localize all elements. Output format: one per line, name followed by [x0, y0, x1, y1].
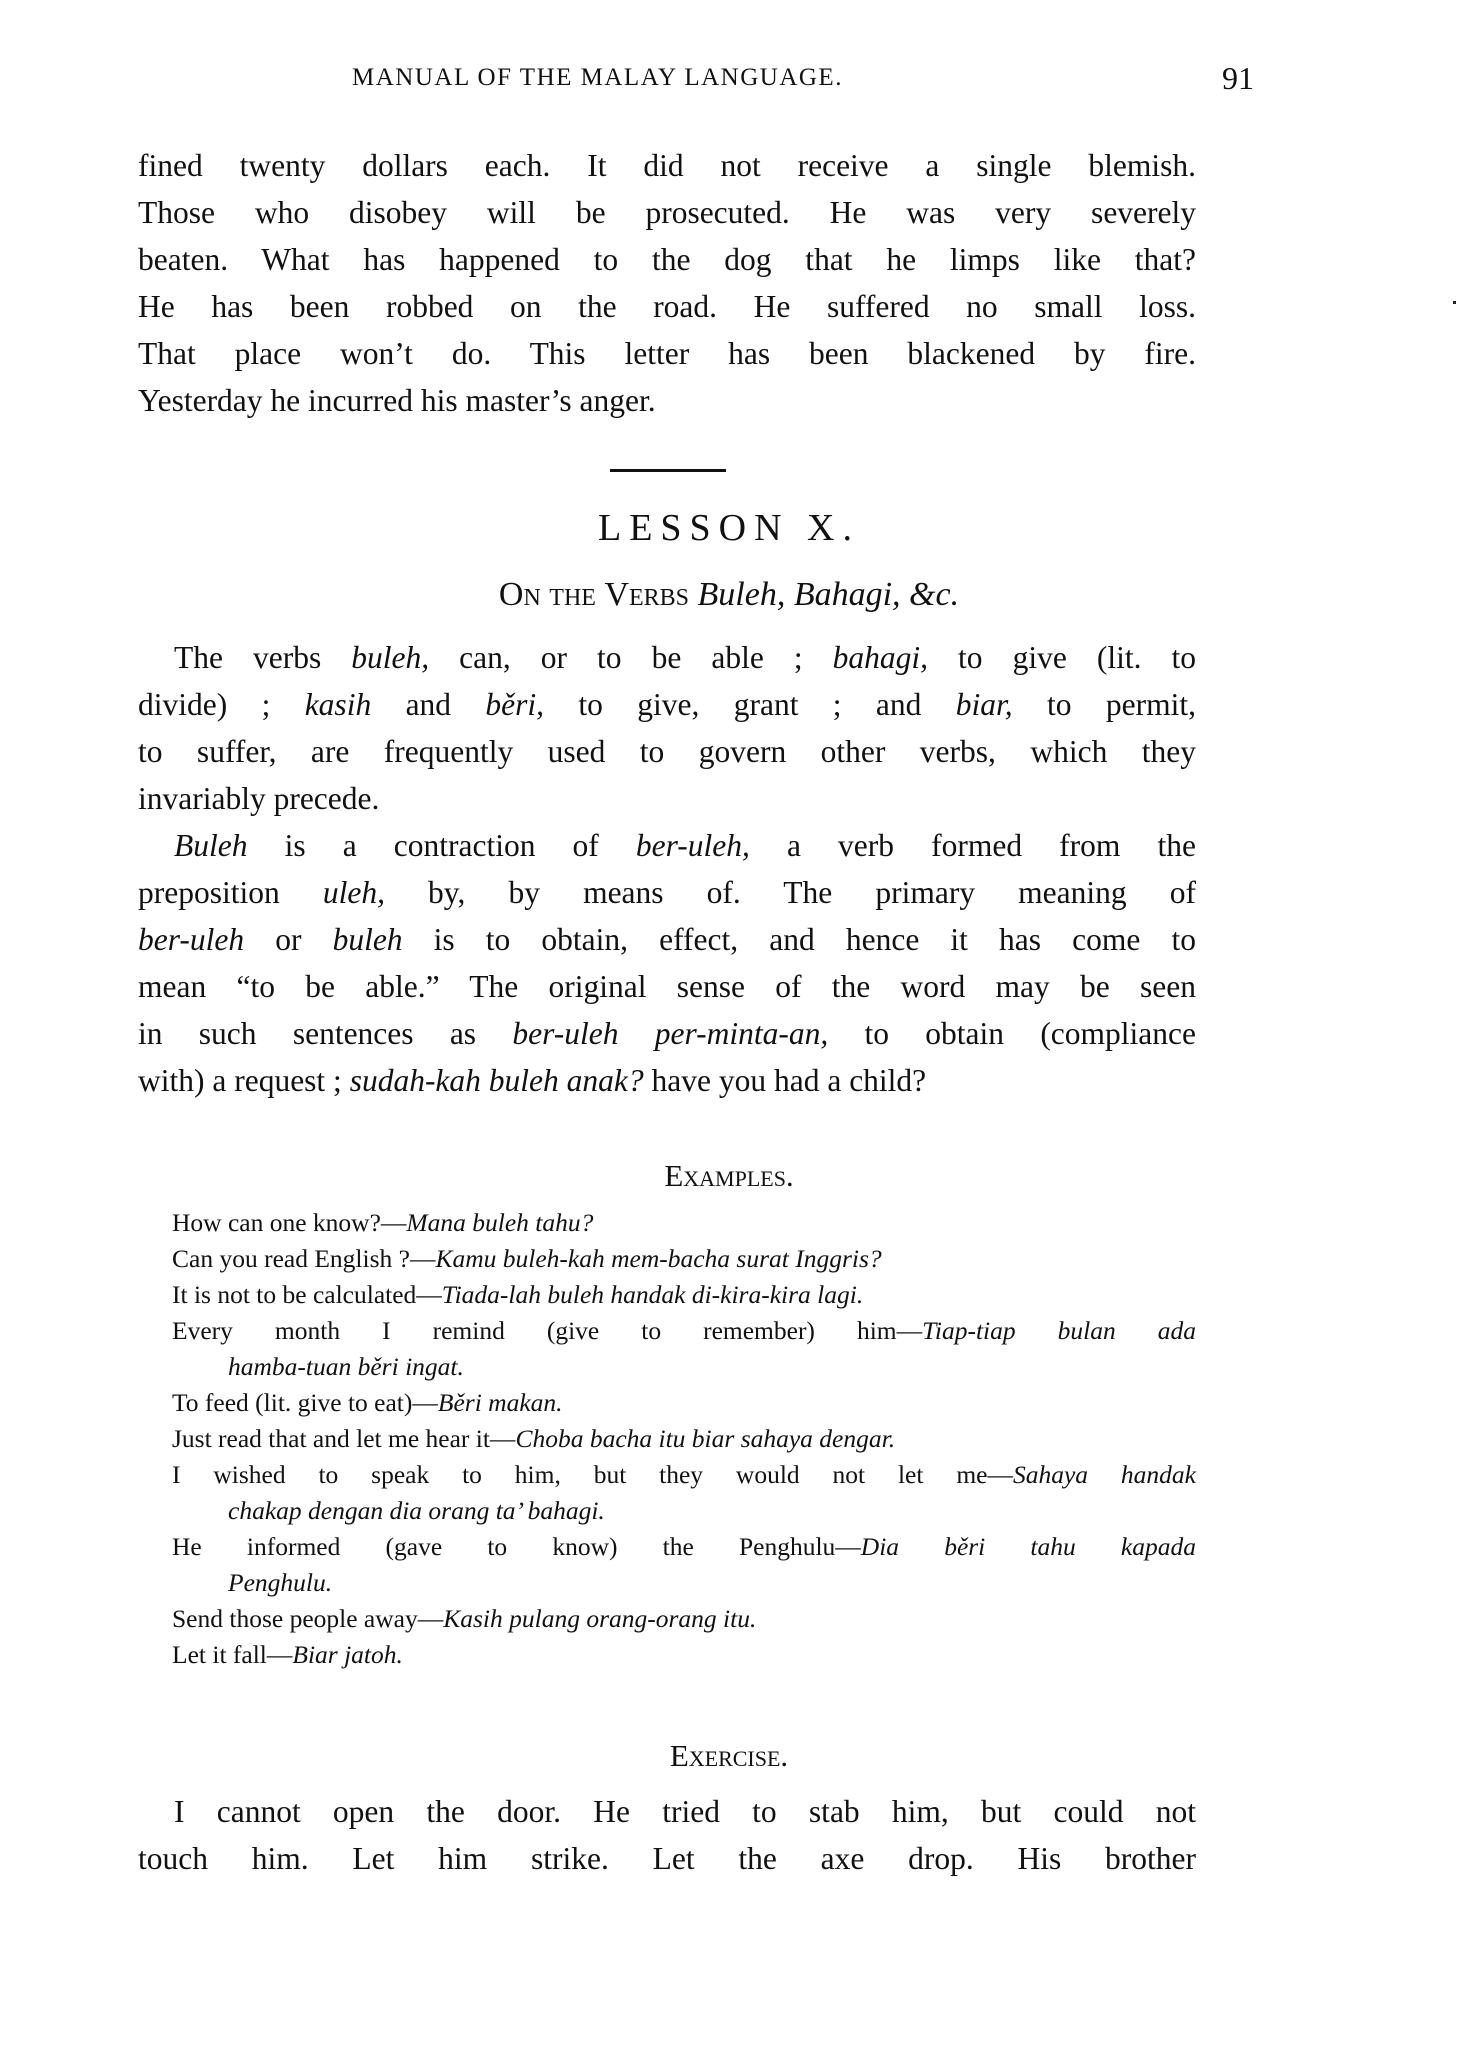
examples-heading: Examples. — [0, 1158, 1458, 1194]
running-title: MANUAL OF THE MALAY LANGUAGE. — [352, 64, 843, 92]
example-item: He informed (gave to know) the Penghulu—… — [172, 1529, 1196, 1565]
text-line: Those who disobey will be prosecuted. He… — [138, 189, 1196, 236]
examples-list: How can one know?—Mana buleh tahu? Can y… — [172, 1205, 1196, 1673]
page-number: 91 — [1222, 60, 1254, 97]
subtitle-word: On — [499, 576, 541, 613]
text-line: in such sentences as ber-uleh per-minta-… — [138, 1010, 1196, 1057]
example-continuation: chakap dengan dia orang ta’ bahagi. — [172, 1493, 1196, 1529]
text-line: with) a request ; sudah-kah buleh anak? … — [138, 1057, 1196, 1104]
example-item: Every month I remind (give to remember) … — [172, 1313, 1196, 1349]
subtitle-italic: Buleh, Bahagi, &c. — [698, 576, 960, 613]
example-item: To feed (lit. give to eat)—Běri makan. — [172, 1385, 1196, 1421]
text-line: mean “to be able.” The original sense of… — [138, 963, 1196, 1010]
example-item: Let it fall—Biar jatoh. — [172, 1637, 1196, 1673]
example-item: It is not to be calculated—Tiada-lah bul… — [172, 1277, 1196, 1313]
exercise-paragraph: I cannot open the door. He tried to stab… — [138, 1788, 1196, 1882]
text-line: Buleh is a contraction of ber-uleh, a ve… — [138, 822, 1196, 869]
paragraph-buleh-etymology: Buleh is a contraction of ber-uleh, a ve… — [138, 822, 1196, 1104]
text-line: fined twenty dollars each. It did not re… — [138, 142, 1196, 189]
subtitle-word: the — [549, 576, 596, 613]
example-item: I wished to speak to him, but they would… — [172, 1457, 1196, 1493]
text-line: invariably precede. — [138, 775, 1196, 822]
text-line: That place won’t do. This letter has bee… — [138, 330, 1196, 377]
scan-speck — [1453, 301, 1456, 304]
example-item: How can one know?—Mana buleh tahu? — [172, 1205, 1196, 1241]
example-continuation: hamba-tuan běri ingat. — [172, 1349, 1196, 1385]
text-line: ber-uleh or buleh is to obtain, effect, … — [138, 916, 1196, 963]
example-item: Send those people away—Kasih pulang oran… — [172, 1601, 1196, 1637]
text-line: touch him. Let him strike. Let the axe d… — [138, 1835, 1196, 1882]
book-page: MANUAL OF THE MALAY LANGUAGE. 91 fined t… — [0, 0, 1458, 2045]
text-line: The verbs buleh, can, or to be able ; ba… — [138, 634, 1196, 681]
text-line: preposition uleh, by, by means of. The p… — [138, 869, 1196, 916]
example-item: Just read that and let me hear it—Choba … — [172, 1421, 1196, 1457]
text-line: divide) ; kasih and běri, to give, grant… — [138, 681, 1196, 728]
text-line: to suffer, are frequently used to govern… — [138, 728, 1196, 775]
text-line: Yesterday he incurred his master’s anger… — [138, 377, 1196, 424]
text-line: I cannot open the door. He tried to stab… — [138, 1788, 1196, 1835]
exercise-heading: Exercise. — [0, 1738, 1458, 1774]
carryover-paragraph: fined twenty dollars each. It did not re… — [138, 142, 1196, 424]
subtitle-word: Verbs — [604, 576, 689, 613]
section-divider — [610, 469, 726, 472]
text-line: He has been robbed on the road. He suffe… — [138, 283, 1196, 330]
lesson-subtitle: On the Verbs Buleh, Bahagi, &c. — [0, 576, 1458, 614]
lesson-title: LESSON X. — [0, 506, 1458, 550]
example-item: Can you read English ?—Kamu buleh-kah me… — [172, 1241, 1196, 1277]
example-continuation: Penghulu. — [172, 1565, 1196, 1601]
text-line: beaten. What has happened to the dog tha… — [138, 236, 1196, 283]
paragraph-verbs-intro: The verbs buleh, can, or to be able ; ba… — [138, 634, 1196, 822]
